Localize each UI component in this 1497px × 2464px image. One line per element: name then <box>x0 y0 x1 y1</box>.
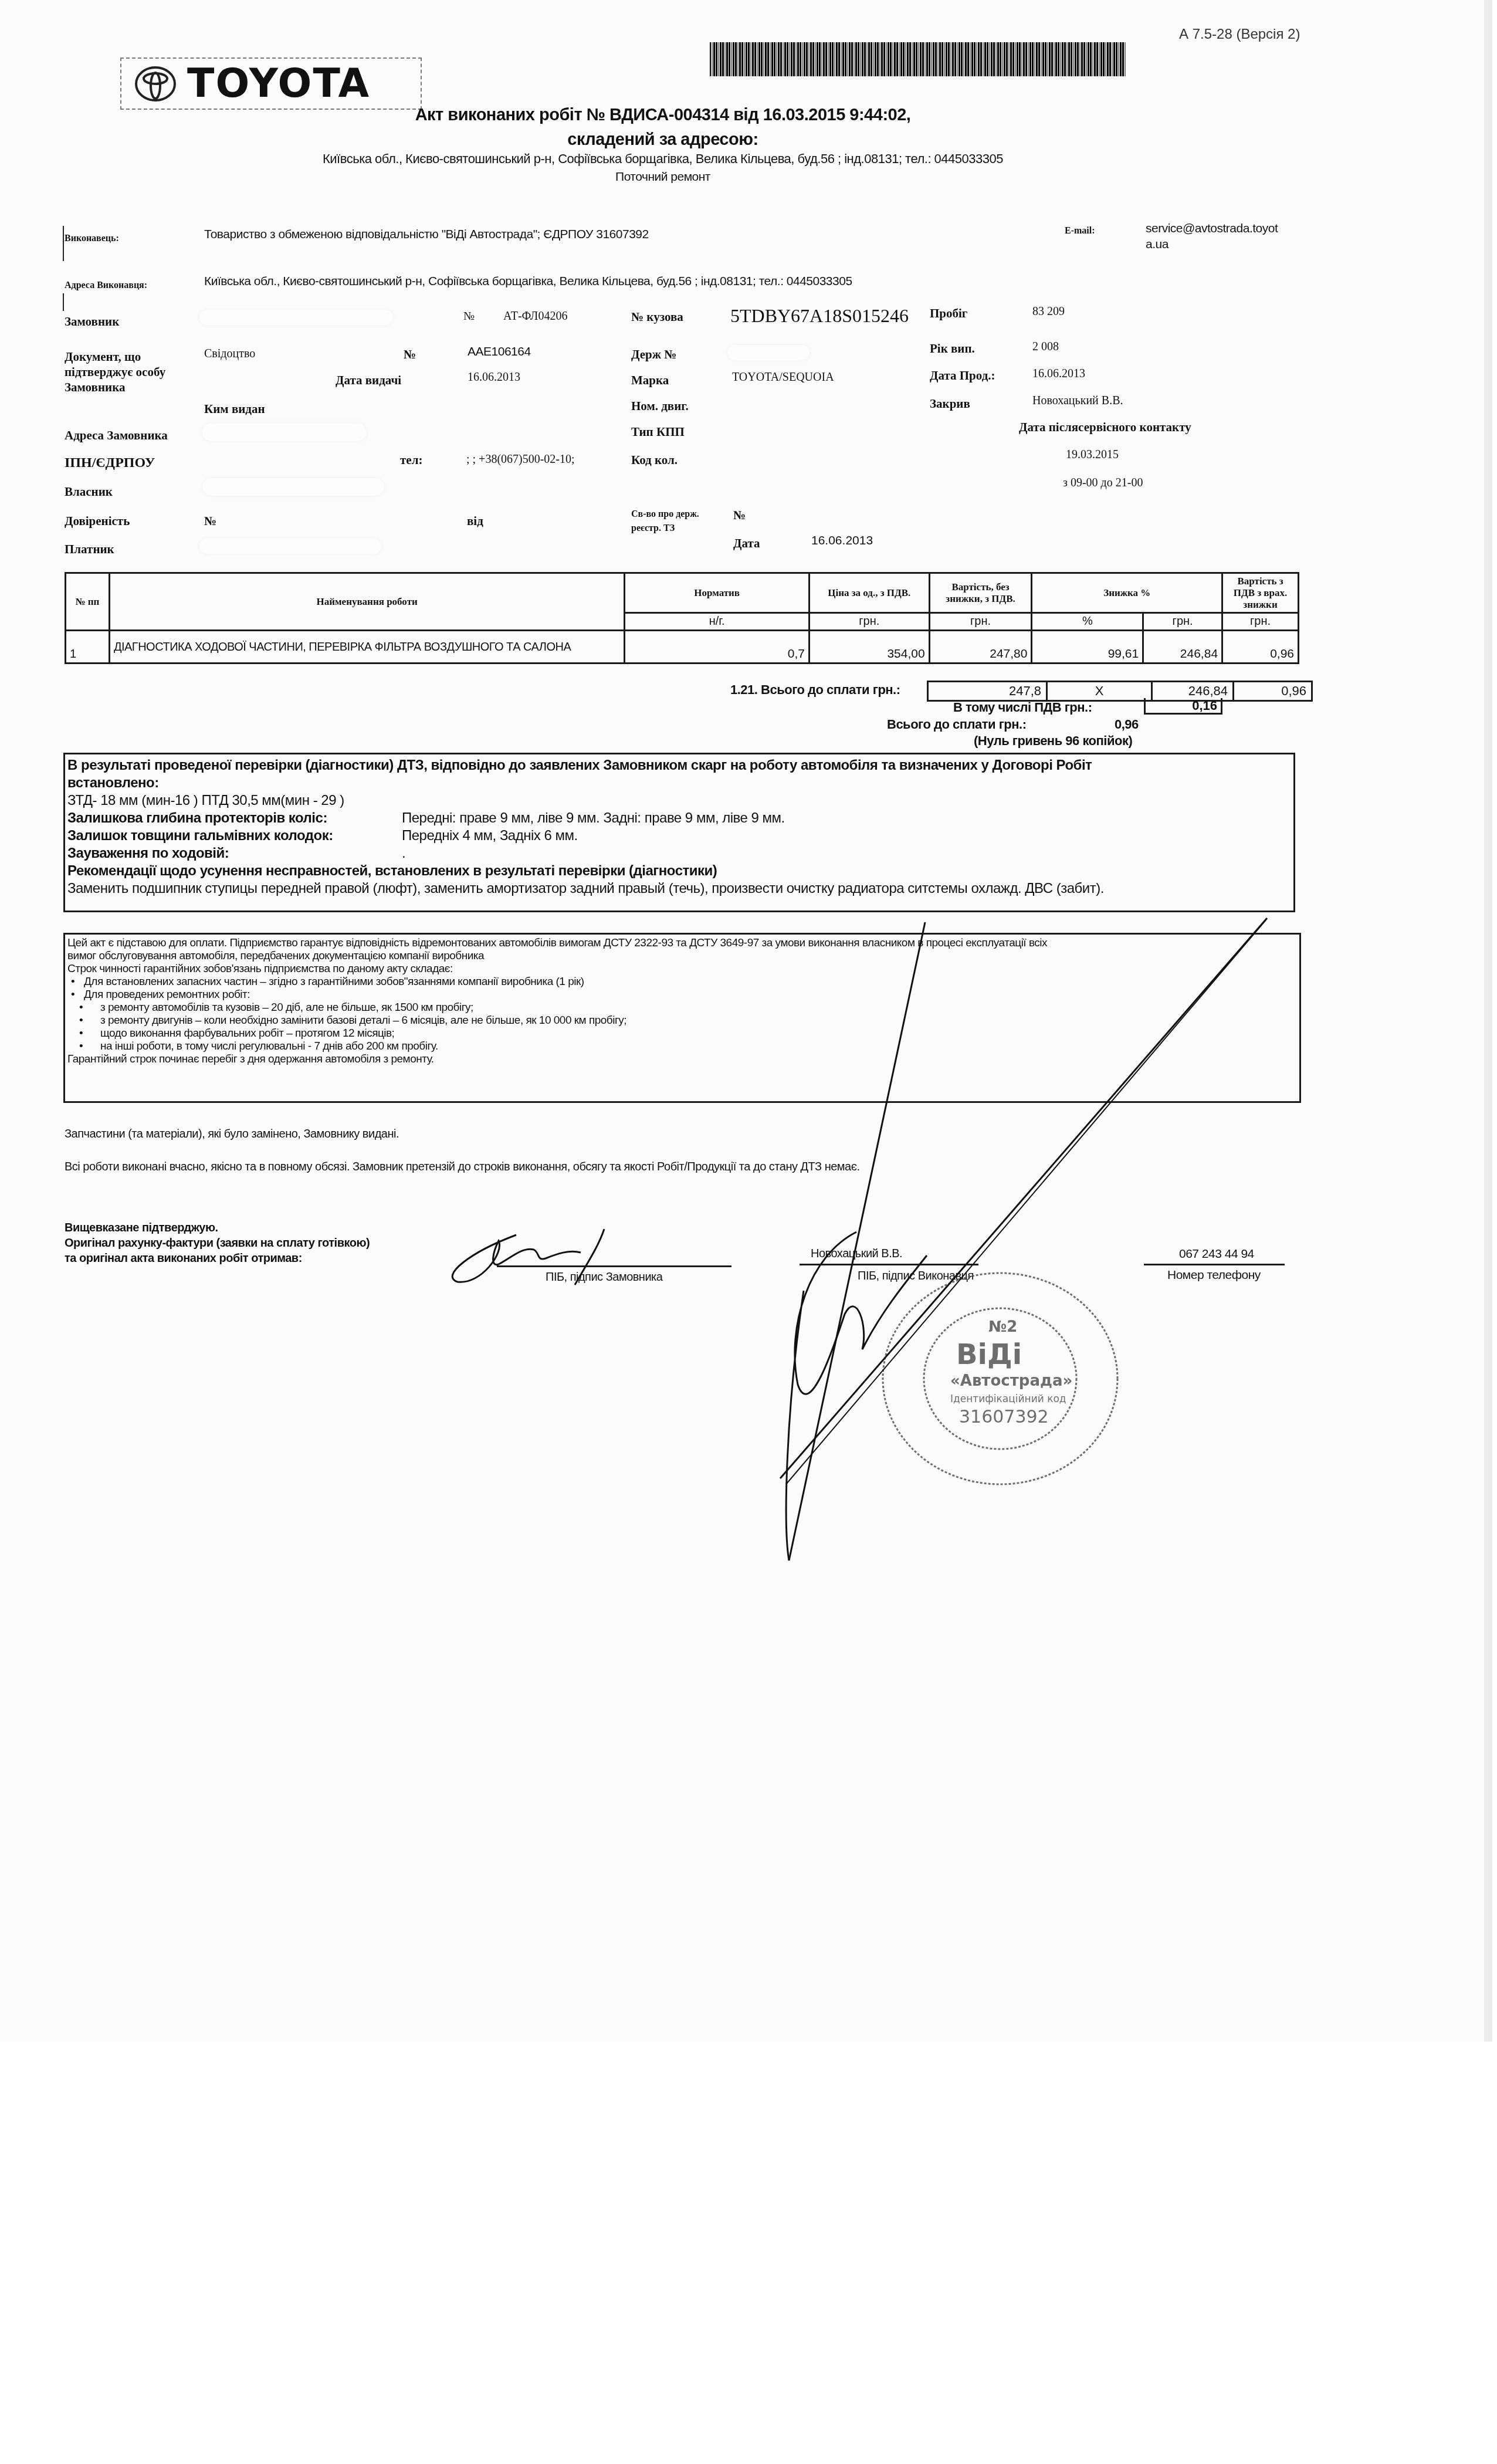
scanned-page: А 7.5-28 (Версія 2) TOYOTA Акт виконаних… <box>0 0 1492 2042</box>
cancel-strokes <box>0 0 1484 2042</box>
